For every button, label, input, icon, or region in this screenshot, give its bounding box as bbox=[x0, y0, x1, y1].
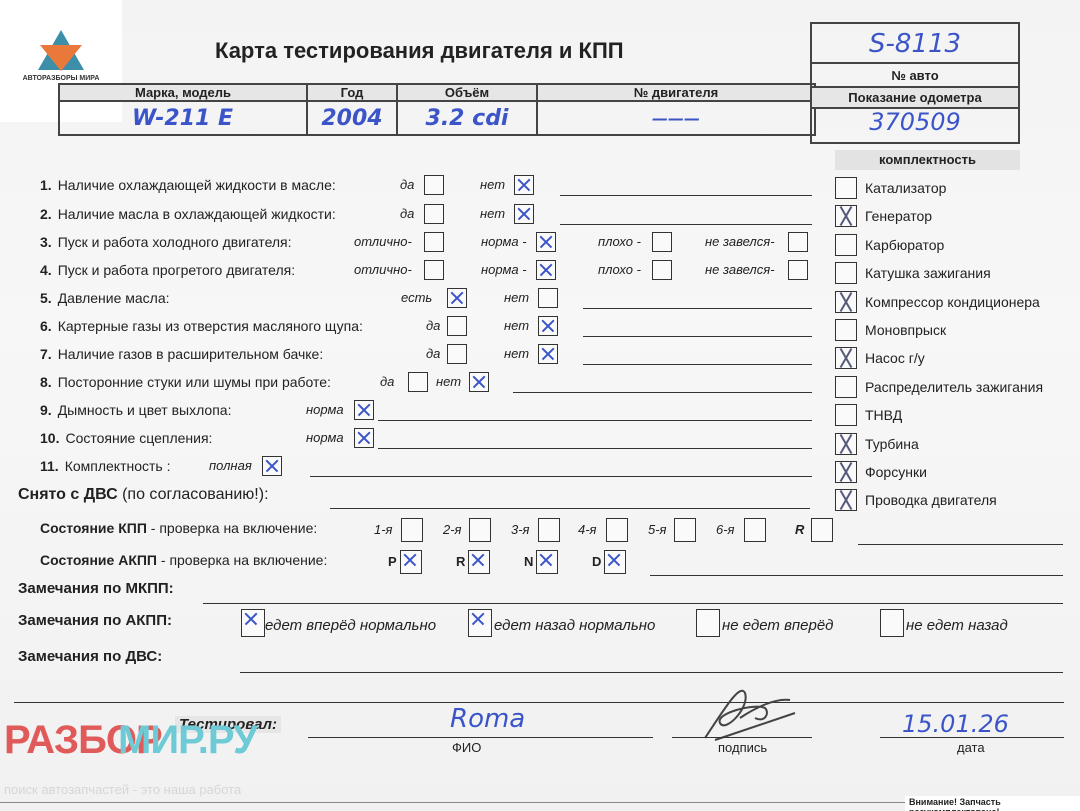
notes-line[interactable] bbox=[513, 392, 812, 393]
date-value: 15.01.26 bbox=[902, 710, 1009, 738]
checkbox[interactable] bbox=[652, 260, 672, 280]
option-label: не завелся- bbox=[705, 234, 775, 249]
checklist-row-label: Давление масла: bbox=[58, 290, 170, 306]
completeness-item-label: Катушка зажигания bbox=[865, 265, 991, 281]
completeness-checkbox[interactable] bbox=[835, 489, 857, 511]
engine-number-value: ——— bbox=[537, 101, 815, 135]
checklist-row-number: 8. bbox=[40, 374, 52, 390]
gear-checkbox[interactable] bbox=[674, 518, 696, 542]
removed-label-rest: (по согласованию!): bbox=[118, 486, 269, 503]
completeness-item-label: Форсунки bbox=[865, 464, 927, 480]
remarks-akpp-label: Замечания по АКПП: bbox=[18, 612, 172, 629]
option-label: да bbox=[426, 346, 440, 361]
removed-line[interactable] bbox=[330, 508, 810, 509]
vehicle-info-table: Марка, модель Год Объём № двигателя W-21… bbox=[58, 83, 816, 136]
checklist-row: 5.Давление масла: bbox=[40, 287, 170, 309]
checklist-row: 4.Пуск и работа прогретого двигателя: bbox=[40, 259, 295, 281]
date-label: дата bbox=[957, 740, 985, 755]
checklist-row-label: Наличие охлаждающей жидкости в масле: bbox=[58, 177, 336, 193]
odometer-value: 370509 bbox=[812, 108, 1018, 136]
notes-line[interactable] bbox=[560, 224, 812, 225]
year-value: 2004 bbox=[307, 101, 397, 135]
completeness-item-label: Турбина bbox=[865, 436, 919, 452]
gear-checkbox[interactable] bbox=[604, 550, 626, 574]
option-label: нет bbox=[504, 318, 529, 333]
gear-checkbox[interactable] bbox=[469, 518, 491, 542]
checklist-row-number: 3. bbox=[40, 234, 52, 250]
removed-from-engine-label: Снято с ДВС (по согласованию!): bbox=[18, 486, 269, 504]
tester-name: Roma bbox=[450, 704, 525, 734]
checklist-row-label: Состояние сцепления: bbox=[65, 430, 212, 446]
option-label: плохо - bbox=[598, 234, 641, 249]
option-label: норма - bbox=[481, 262, 527, 277]
checkbox[interactable] bbox=[538, 316, 558, 336]
option-label: нет bbox=[504, 346, 529, 361]
notes-line[interactable] bbox=[378, 420, 812, 421]
akpp-remark-checkbox[interactable] bbox=[696, 609, 720, 637]
completeness-checkbox[interactable] bbox=[835, 177, 857, 199]
col-year: Год bbox=[307, 84, 397, 101]
completeness-item-label: Моновпрыск bbox=[865, 322, 946, 338]
checkbox[interactable] bbox=[424, 260, 444, 280]
checkbox[interactable] bbox=[354, 428, 374, 448]
akpp-remark-label: не едет вперёд bbox=[722, 617, 833, 634]
checklist-row-number: 5. bbox=[40, 290, 52, 306]
col-engine-number: № двигателя bbox=[537, 84, 815, 101]
option-label: норма bbox=[306, 402, 344, 417]
kpp-label-bold: Состояние КПП bbox=[40, 520, 147, 536]
completeness-checkbox[interactable] bbox=[835, 461, 857, 483]
odometer-label: Показание одометра bbox=[812, 86, 1018, 109]
remarks-mkpp-line[interactable] bbox=[203, 603, 1063, 604]
notes-line[interactable] bbox=[583, 364, 812, 365]
watermark-brand-teal: МИР.РУ bbox=[118, 718, 257, 763]
option-label: да bbox=[380, 374, 394, 389]
checklist-row-number: 7. bbox=[40, 346, 52, 362]
kpp-label: Состояние КПП - проверка на включение: bbox=[40, 520, 317, 536]
completeness-title: комплектность bbox=[835, 150, 1020, 170]
remarks-dvs-label: Замечания по ДВС: bbox=[18, 648, 162, 665]
checkbox[interactable] bbox=[536, 260, 556, 280]
make-model-value: W-211 E bbox=[59, 101, 307, 135]
checklist-row-label: Посторонние стуки или шумы при работе: bbox=[58, 374, 331, 390]
option-label: полная bbox=[209, 458, 252, 473]
checklist-row-number: 6. bbox=[40, 318, 52, 334]
completeness-checkbox[interactable] bbox=[835, 433, 857, 455]
checklist-row: 8.Посторонние стуки или шумы при работе: bbox=[40, 371, 331, 393]
checklist-row: 3.Пуск и работа холодного двигателя: bbox=[40, 231, 292, 253]
notes-line[interactable] bbox=[378, 448, 812, 449]
akpp-remark-label: едет вперёд нормально bbox=[265, 617, 436, 634]
gear-checkbox[interactable] bbox=[744, 518, 766, 542]
gear-checkbox[interactable] bbox=[538, 518, 560, 542]
completeness-item-label: ТНВД bbox=[865, 407, 902, 423]
checkbox[interactable] bbox=[424, 232, 444, 252]
gear-label: 3-я bbox=[511, 522, 530, 537]
completeness-checkbox[interactable] bbox=[835, 291, 857, 313]
checklist-row-label: Картерные газы из отверстия масляного щу… bbox=[58, 318, 363, 334]
option-label: плохо - bbox=[598, 262, 641, 277]
gear-label: D bbox=[592, 554, 601, 569]
completeness-item-label: Карбюратор bbox=[865, 237, 944, 253]
signature-label: подпись bbox=[718, 740, 767, 755]
gear-checkbox[interactable] bbox=[468, 550, 490, 574]
option-label: нет bbox=[480, 177, 505, 192]
checklist-row: 1.Наличие охлаждающей жидкости в масле: bbox=[40, 174, 336, 196]
akpp-remark-checkbox[interactable] bbox=[241, 609, 265, 637]
completeness-item-label: Насос г/у bbox=[865, 350, 925, 366]
option-label: да bbox=[400, 177, 414, 192]
checkbox[interactable] bbox=[262, 456, 282, 476]
auto-number-value: S-8113 bbox=[812, 24, 1018, 64]
notes-line[interactable] bbox=[583, 308, 812, 309]
checkbox[interactable] bbox=[514, 204, 534, 224]
akpp-remark-checkbox[interactable] bbox=[468, 609, 492, 637]
checkbox[interactable] bbox=[538, 288, 558, 308]
fio-label: ФИО bbox=[452, 740, 481, 755]
checkbox[interactable] bbox=[514, 175, 534, 195]
option-label: да bbox=[400, 206, 414, 221]
option-label: норма - bbox=[481, 234, 527, 249]
checklist-row-number: 10. bbox=[40, 430, 59, 446]
remarks-dvs-line-1[interactable] bbox=[240, 672, 1063, 673]
checkbox[interactable] bbox=[447, 316, 467, 336]
gear-label: 5-я bbox=[648, 522, 667, 537]
remarks-dvs-line-2[interactable] bbox=[14, 702, 1064, 703]
gear-checkbox[interactable] bbox=[811, 518, 833, 542]
checklist-row-number: 9. bbox=[40, 402, 52, 418]
option-label: да bbox=[426, 318, 440, 333]
checklist-row-number: 11. bbox=[40, 458, 59, 474]
gear-label: R bbox=[456, 554, 465, 569]
option-label: отлично- bbox=[354, 262, 412, 277]
page-title: Карта тестирования двигателя и КПП bbox=[215, 38, 624, 64]
completeness-checkbox[interactable] bbox=[835, 404, 857, 426]
warning-label: Внимание! Запчасть разукомплектована! bbox=[905, 796, 1080, 811]
signature-line[interactable] bbox=[672, 737, 812, 738]
checkbox[interactable] bbox=[354, 400, 374, 420]
checkbox[interactable] bbox=[652, 232, 672, 252]
auto-number-label: № авто bbox=[812, 68, 1018, 83]
notes-line[interactable] bbox=[310, 476, 812, 477]
completeness-checkbox[interactable] bbox=[835, 347, 857, 369]
completeness-item-label: Проводка двигателя bbox=[865, 492, 997, 508]
completeness-checkbox[interactable] bbox=[835, 205, 857, 227]
col-make-model: Марка, модель bbox=[59, 84, 307, 101]
akpp-label-rest: - проверка на включение: bbox=[157, 552, 327, 568]
option-label: не завелся- bbox=[705, 262, 775, 277]
notes-line[interactable] bbox=[560, 195, 812, 196]
checklist-row: 2.Наличие масла в охлаждающей жидкости: bbox=[40, 203, 336, 225]
kpp-label-rest: - проверка на включение: bbox=[147, 520, 317, 536]
gear-checkbox[interactable] bbox=[401, 518, 423, 542]
checklist-row-number: 4. bbox=[40, 262, 52, 278]
checklist-row: 6.Картерные газы из отверстия масляного … bbox=[40, 315, 363, 337]
gear-checkbox[interactable] bbox=[400, 550, 422, 574]
checklist-row-number: 2. bbox=[40, 206, 52, 222]
option-label: есть bbox=[401, 290, 432, 305]
fio-line[interactable] bbox=[308, 737, 653, 738]
logo-v-icon bbox=[40, 45, 82, 71]
option-label: отлично- bbox=[354, 234, 412, 249]
checkbox[interactable] bbox=[469, 372, 489, 392]
completeness-checkbox[interactable] bbox=[835, 319, 857, 341]
checklist-row-label: Дымность и цвет выхлопа: bbox=[58, 402, 232, 418]
akpp-remark-label: не едет назад bbox=[906, 617, 1008, 634]
checkbox[interactable] bbox=[424, 175, 444, 195]
completeness-checkbox[interactable] bbox=[835, 234, 857, 256]
completeness-checkbox[interactable] bbox=[835, 376, 857, 398]
option-label: нет bbox=[480, 206, 505, 221]
checklist-row-number: 1. bbox=[40, 177, 52, 193]
checkbox[interactable] bbox=[424, 204, 444, 224]
kpp-notes-line[interactable] bbox=[858, 544, 1063, 545]
option-label: нет bbox=[504, 290, 529, 305]
volume-value: 3.2 cdi bbox=[397, 101, 537, 135]
checkbox[interactable] bbox=[536, 232, 556, 252]
gear-checkbox[interactable] bbox=[536, 550, 558, 574]
checkbox[interactable] bbox=[408, 372, 428, 392]
akpp-label-bold: Состояние АКПП bbox=[40, 552, 157, 568]
gear-label: N bbox=[524, 554, 533, 569]
completeness-checkbox[interactable] bbox=[835, 262, 857, 284]
completeness-item-label: Генератор bbox=[865, 208, 932, 224]
akpp-remark-checkbox[interactable] bbox=[880, 609, 904, 637]
gear-label: P bbox=[388, 554, 397, 569]
checklist-row-label: Пуск и работа прогретого двигателя: bbox=[58, 262, 295, 278]
option-label: норма bbox=[306, 430, 344, 445]
removed-label-bold: Снято с ДВС bbox=[18, 486, 118, 503]
completeness-item-label: Компрессор кондиционера bbox=[865, 294, 1040, 310]
akpp-notes-line[interactable] bbox=[650, 575, 1063, 576]
notes-line[interactable] bbox=[583, 336, 812, 337]
auto-info-box: S-8113 № авто Показание одометра 370509 bbox=[810, 22, 1020, 144]
gear-label: R bbox=[795, 522, 804, 537]
watermark-slogan: поиск автозапчастей - это наша работа bbox=[4, 782, 241, 797]
checklist-row-label: Наличие газов в расширительном бачке: bbox=[58, 346, 324, 362]
checkbox[interactable] bbox=[447, 288, 467, 308]
checklist-row: 9.Дымность и цвет выхлопа: bbox=[40, 399, 231, 421]
checkbox[interactable] bbox=[538, 344, 558, 364]
logo-text: АВТОРАЗБОРЫ МИРА bbox=[20, 74, 102, 83]
date-line[interactable] bbox=[880, 737, 1064, 738]
gear-label: 4-я bbox=[578, 522, 597, 537]
document-page: АВТОРАЗБОРЫ МИРА Карта тестирования двиг… bbox=[0, 0, 1080, 811]
checkbox[interactable] bbox=[788, 232, 808, 252]
checkbox[interactable] bbox=[788, 260, 808, 280]
checklist-row-label: Комплектность : bbox=[65, 458, 171, 474]
gear-checkbox[interactable] bbox=[606, 518, 628, 542]
completeness-item-label: Катализатор bbox=[865, 180, 946, 196]
gear-label: 6-я bbox=[716, 522, 735, 537]
gear-label: 1-я bbox=[374, 522, 393, 537]
option-label: нет bbox=[436, 374, 461, 389]
checkbox[interactable] bbox=[447, 344, 467, 364]
gear-label: 2-я bbox=[443, 522, 462, 537]
checklist-row: 7.Наличие газов в расширительном бачке: bbox=[40, 343, 323, 365]
checklist-row: 11.Комплектность : bbox=[40, 455, 171, 477]
checklist-row: 10.Состояние сцепления: bbox=[40, 427, 212, 449]
remarks-mkpp-label: Замечания по МКПП: bbox=[18, 580, 174, 597]
checklist-row-label: Наличие масла в охлаждающей жидкости: bbox=[58, 206, 336, 222]
col-volume: Объём bbox=[397, 84, 537, 101]
akpp-label: Состояние АКПП - проверка на включение: bbox=[40, 552, 327, 568]
completeness-item-label: Распределитель зажигания bbox=[865, 379, 1043, 395]
akpp-remark-label: едет назад нормально bbox=[494, 617, 655, 634]
checklist-row-label: Пуск и работа холодного двигателя: bbox=[58, 234, 292, 250]
